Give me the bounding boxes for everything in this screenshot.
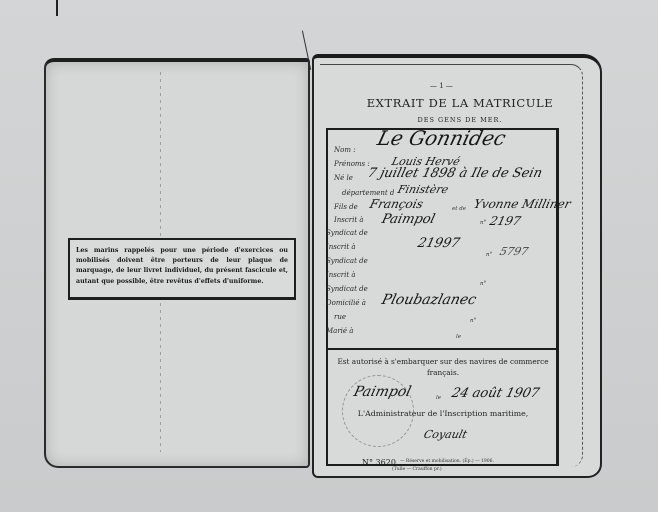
rue-label: rue bbox=[334, 313, 346, 321]
inscrit-2-label: Inscrit à bbox=[326, 243, 356, 251]
signature-place: Paimpol bbox=[352, 384, 413, 400]
nom-label: Nom : bbox=[334, 146, 356, 154]
syndicat-2-label: Syndicat de bbox=[326, 257, 368, 265]
et-de-label: et de bbox=[452, 206, 466, 212]
inscrit-2-num: 5797 bbox=[498, 245, 529, 258]
inscrit-1-no: n° bbox=[480, 220, 486, 226]
document-title: EXTRAIT DE LA MATRICULE bbox=[350, 96, 570, 110]
domicilie-label: Domicilié à bbox=[326, 299, 366, 307]
inscrit-1-value: Paimpol bbox=[380, 212, 436, 227]
syndicat-1-label: Syndicat de bbox=[326, 229, 368, 237]
fils-de-value: François bbox=[368, 197, 424, 211]
notice-text: Les marins rappelés pour une période d'e… bbox=[76, 246, 288, 287]
footer-printer: (Tulle — Crauffon pr.) bbox=[392, 467, 442, 472]
ne-le-label: Né le bbox=[334, 174, 353, 182]
footer-print-info: — Réserve et mobilisation. (Ép.) — 1906. bbox=[400, 459, 494, 464]
form-divider bbox=[326, 348, 556, 350]
form-number: N° 3620. bbox=[362, 458, 398, 467]
marie-label: Marié à bbox=[326, 327, 353, 335]
marie-le: le bbox=[456, 334, 461, 340]
departement-label: département d bbox=[342, 189, 394, 197]
administrator-title: L'Administrateur de l'Inscription mariti… bbox=[336, 409, 550, 418]
inscrit-1-num: 2197 bbox=[488, 214, 522, 228]
inscrit-3-no: n° bbox=[480, 281, 486, 287]
page-number: — 1 — bbox=[430, 82, 453, 90]
signature-le: le bbox=[436, 395, 441, 401]
prenoms-label: Prénoms : bbox=[334, 160, 370, 168]
departement-value: Finistère bbox=[396, 183, 449, 196]
nom-value: Le Gonnidec bbox=[375, 126, 508, 150]
inscrit-1-label: Inscrit à bbox=[334, 216, 364, 224]
administrator-signature: Coyault bbox=[422, 428, 468, 441]
syndicat-3-label: Syndicat de bbox=[326, 285, 368, 293]
et-de-value: Yvonne Milliner bbox=[472, 197, 572, 211]
authorization-text: Est autorisé à s'embarquer sur des navir… bbox=[336, 356, 550, 378]
inscrit-2-no: n° bbox=[486, 252, 492, 258]
inscrit-3-label: Inscrit à bbox=[326, 271, 356, 279]
signature-date: 24 août 1907 bbox=[450, 386, 541, 401]
ne-le-value: 7 juillet 1898 à Ile de Sein bbox=[366, 166, 544, 181]
scan-mark bbox=[56, 0, 58, 16]
fils-de-label: Fils de bbox=[334, 203, 358, 211]
rue-no: n° bbox=[470, 318, 476, 324]
inscrit-2-value: 21997 bbox=[416, 236, 461, 251]
document-subtitle: DES GENS DE MER. bbox=[380, 116, 540, 124]
domicilie-value: Ploubazlanec bbox=[380, 292, 478, 308]
notice-box: Les marins rappelés pour une période d'e… bbox=[68, 238, 296, 300]
